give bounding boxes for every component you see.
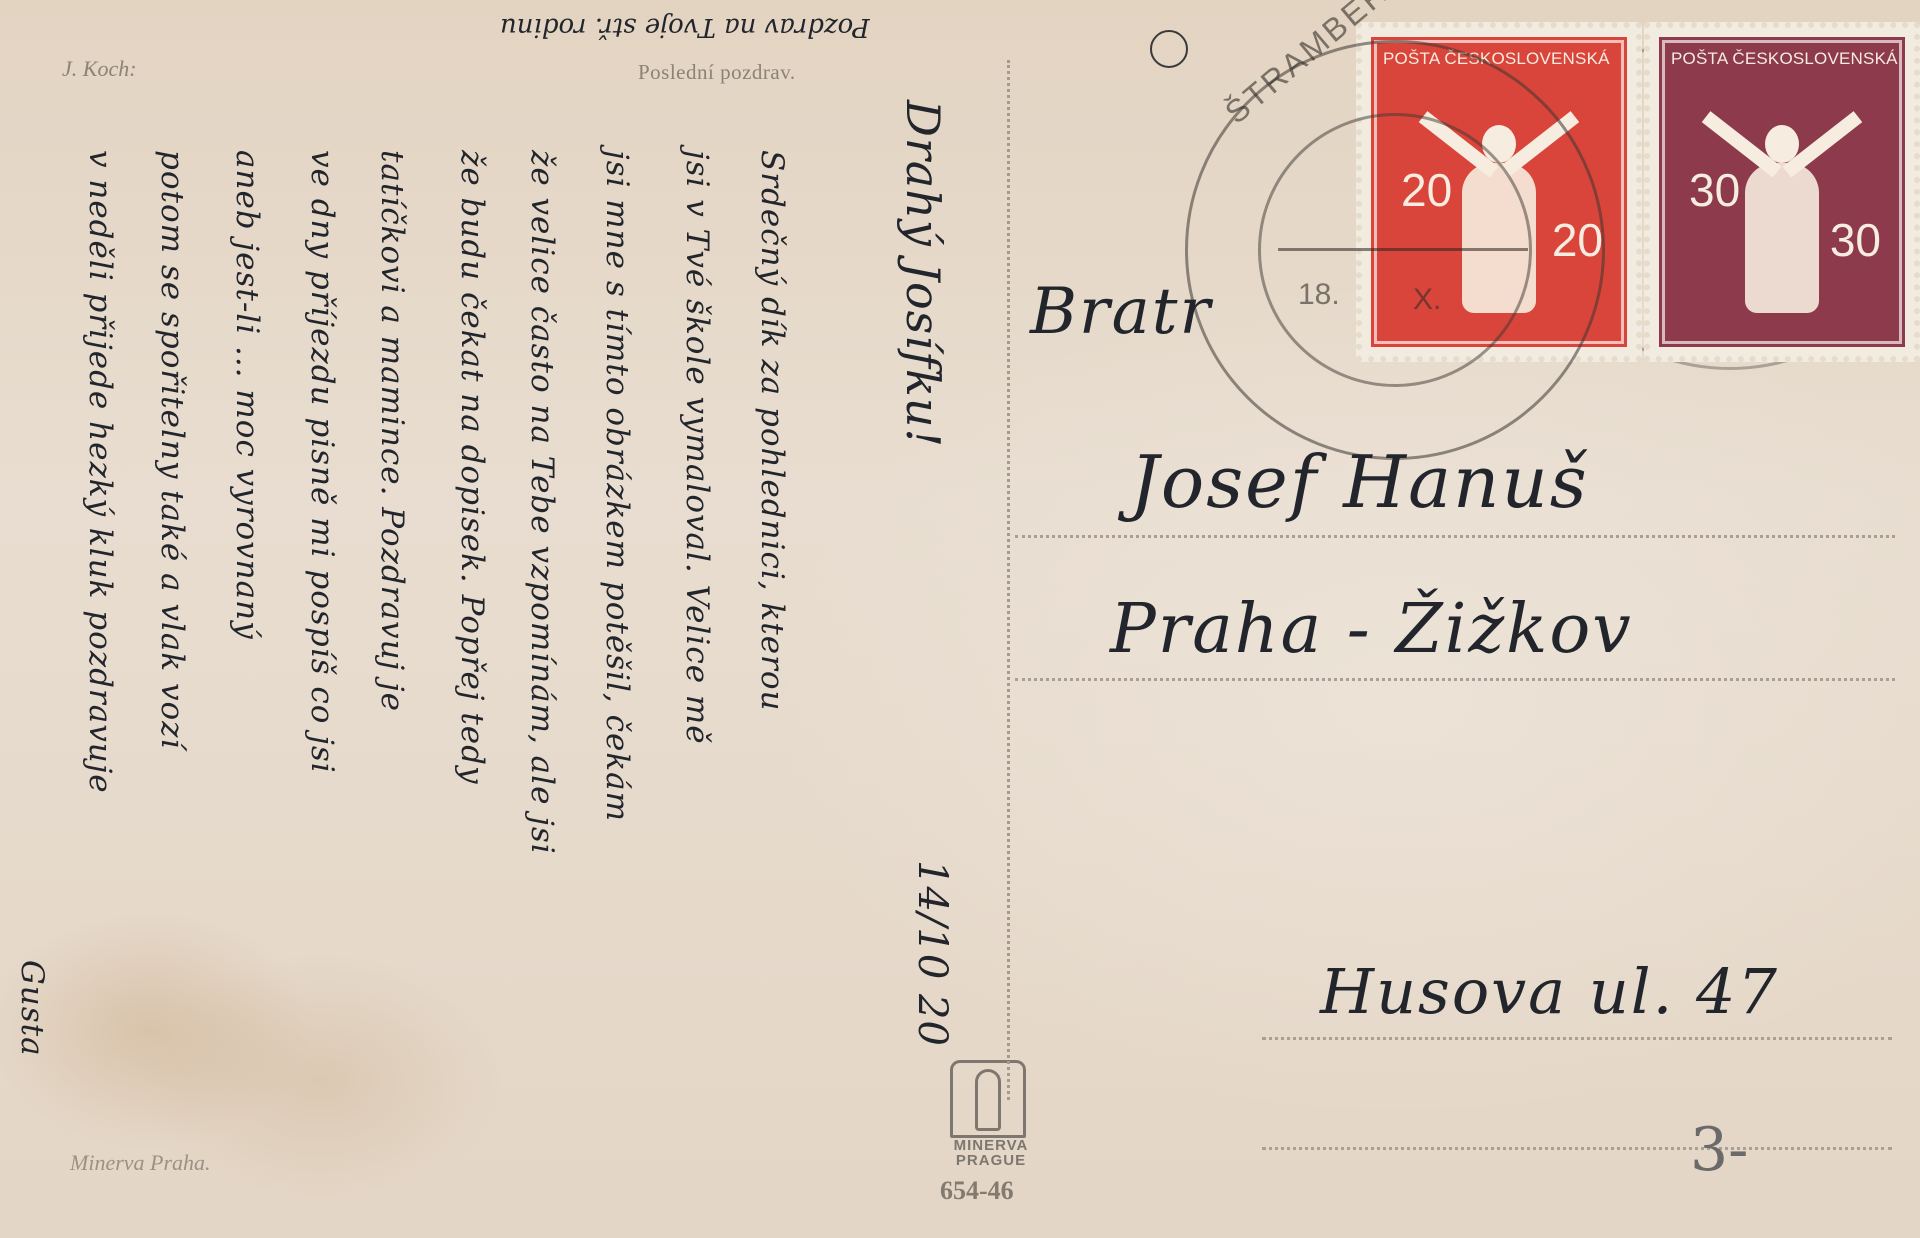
logo-emblem-icon: [950, 1060, 1026, 1138]
catalog-number: 654-46: [940, 1176, 1014, 1206]
postmark: ŠTRAMBERK 18. X.: [1185, 40, 1605, 460]
postmark-bar: [1278, 248, 1528, 251]
message-line: ve dny příjezdu pisně mi pospíš co jsi: [304, 150, 340, 774]
stamp-caption: POŠTA ČESKOSLOVENSKÁ: [1671, 49, 1893, 69]
stamp-30: POŠTA ČESKOSLOVENSKÁ 30 30: [1644, 22, 1920, 362]
stamp-value-secondary: 30: [1830, 213, 1881, 267]
address-line-2: [1015, 678, 1895, 681]
logo-line-1: MINERVA: [946, 1138, 1036, 1153]
message-line: Srdečný dík za pohlednici, kterou: [754, 150, 790, 711]
message-line: že velice často na Tebe vzpomínám, ale j…: [524, 150, 560, 855]
message-line: jsi mne s tímto obrázkem potěšil, čekám: [599, 150, 635, 822]
card-title: Poslední pozdrav.: [638, 60, 796, 85]
address-line-1: [1015, 535, 1895, 538]
address-salutation: Bratr: [1030, 275, 1212, 349]
publisher-label: J. Koch:: [62, 56, 137, 82]
message-greeting: Drahý Josífku!: [896, 100, 950, 448]
message-top-inverted: Pozdrav na Tvoje stř. rodinu: [500, 12, 870, 42]
message-date: 14/10 20: [909, 860, 955, 1047]
publisher-logo: MINERVA PRAGUE: [946, 1060, 1036, 1168]
address-name: Josef Hanuš: [1130, 440, 1589, 524]
message-line: tatíčkovi a mamince. Pozdravuj je: [374, 150, 410, 712]
address-line-4: [1262, 1147, 1892, 1150]
pencil-note: 3-: [1690, 1115, 1748, 1185]
postmark-town: ŠTRAMBERK: [1218, 0, 1415, 131]
stamp-value: 30: [1689, 163, 1740, 217]
postmark-day: 18.: [1298, 278, 1340, 312]
message-signature: Gusta: [14, 960, 50, 1057]
message-line: že budu čekat na dopisek. Popřej tedy: [454, 150, 490, 785]
ink-circle-mark: [1150, 30, 1188, 68]
logo-line-2: PRAGUE: [946, 1153, 1036, 1168]
postmark-month: X.: [1413, 283, 1441, 317]
address-street: Husova ul. 47: [1320, 955, 1779, 1028]
imprint-label: Minerva Praha.: [70, 1150, 211, 1176]
center-divider: [1007, 60, 1010, 1100]
message-line: jsi v Tvé škole vymaloval. Velice mě: [679, 150, 715, 745]
address-city: Praha - Žižkov: [1110, 590, 1633, 669]
message-line: aneb jest-li ... moc vyrovnaný: [229, 150, 265, 640]
message-line: potom se spořitelny také a vlak vozí: [154, 150, 190, 749]
postcard: J. Koch: Poslední pozdrav. Minerva Praha…: [0, 0, 1920, 1238]
address-line-3: [1262, 1037, 1892, 1040]
message-line: v neděli přijede hezký kluk pozdravuje: [82, 150, 118, 794]
